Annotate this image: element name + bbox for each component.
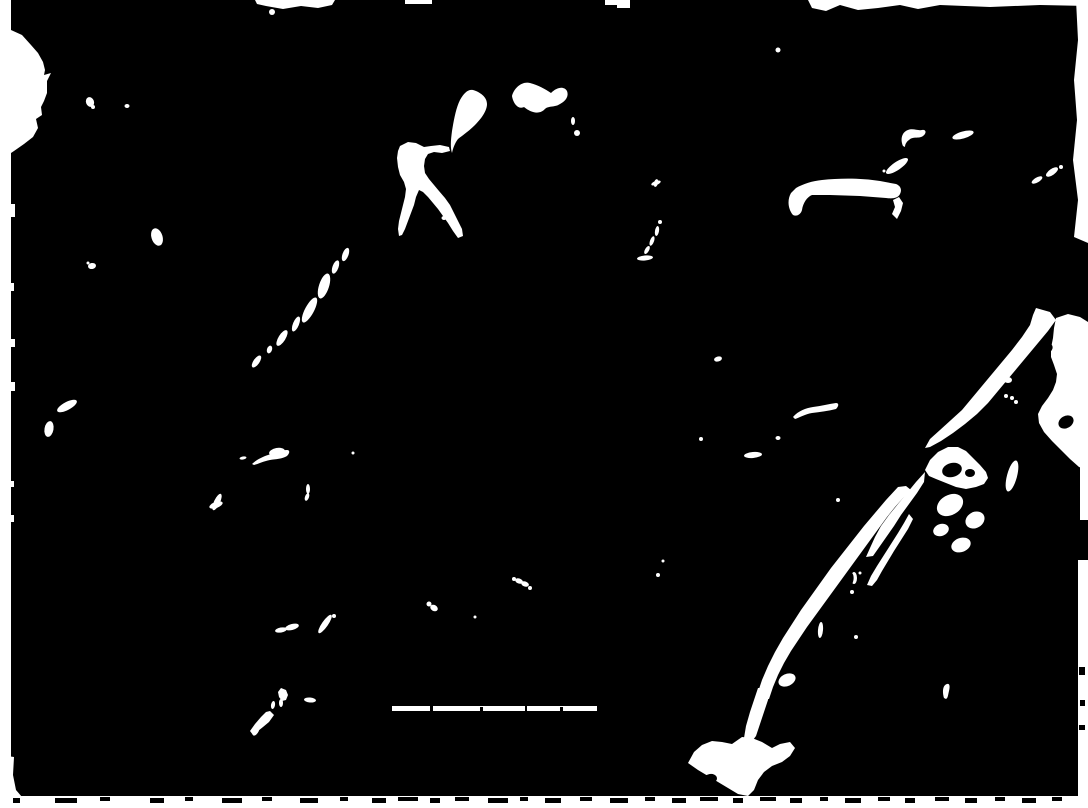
speck <box>571 117 575 125</box>
border-left-bump <box>11 283 14 291</box>
bottom-bar-tick <box>645 797 655 801</box>
speck <box>125 104 130 108</box>
image-background <box>0 0 1088 808</box>
bottom-bar-tick <box>610 798 628 803</box>
bottom-bar-tick <box>820 797 828 801</box>
speck <box>279 699 283 707</box>
border-top-bump <box>617 0 630 8</box>
speck <box>1010 396 1014 400</box>
bottom-bar-tick <box>790 798 802 803</box>
line-notch <box>430 706 433 711</box>
speck <box>656 573 660 577</box>
speck <box>662 560 665 563</box>
crescent-dot <box>658 220 662 224</box>
black-notch <box>1080 700 1085 706</box>
bottom-bar-tick <box>300 798 318 803</box>
speck <box>699 437 703 441</box>
bottom-bar-tick <box>760 797 776 801</box>
border-left-bump <box>11 382 15 391</box>
bottom-bar-tick <box>100 797 110 801</box>
speck <box>574 130 580 136</box>
bottom-bar-tick <box>1052 797 1062 801</box>
bottom-bar-tick <box>455 797 469 801</box>
bottom-bar-tick <box>185 797 193 801</box>
long-horizontal-line <box>392 706 597 711</box>
bottom-bar-tick <box>150 798 164 803</box>
bottom-bar-tick <box>995 797 1005 801</box>
black-hole <box>1025 364 1035 372</box>
border-top-bump <box>605 0 617 5</box>
speck <box>1059 165 1063 169</box>
border-left-bump <box>11 339 15 347</box>
bottom-bar-tick <box>340 797 348 801</box>
bottom-bar-tick <box>845 798 861 803</box>
border-left-bump <box>11 515 14 522</box>
bottom-bar-tick <box>733 798 743 803</box>
speck <box>442 216 447 220</box>
bottom-bar-tick <box>488 798 508 803</box>
speck <box>352 452 355 455</box>
border-top-strip <box>405 0 432 4</box>
bottom-bar-tick <box>878 797 890 801</box>
bottom-bar-tick <box>672 798 686 803</box>
black-notch <box>1079 725 1085 730</box>
bottom-bar-tick <box>372 798 386 803</box>
border-left-strip <box>0 0 11 808</box>
speck <box>850 590 854 594</box>
dash-mark <box>306 484 310 494</box>
bottom-bar-tick <box>965 798 977 803</box>
speck <box>1004 377 1012 383</box>
speck <box>87 262 90 265</box>
binary-image-svg <box>0 0 1088 808</box>
bottom-bar-tick <box>398 797 418 801</box>
border-left-bump <box>11 481 14 487</box>
black-notch <box>1079 667 1085 675</box>
border-right-strip-bottom <box>1078 560 1088 808</box>
bottom-bar-tick <box>905 798 915 803</box>
bottom-bar-tick <box>222 798 242 803</box>
speck <box>836 498 840 502</box>
screenshot-root <box>0 0 1088 808</box>
bottom-bar-tick <box>520 797 528 801</box>
line-notch <box>525 706 527 711</box>
speck <box>859 572 862 575</box>
bottom-bar-tick <box>262 797 272 801</box>
speck <box>883 170 886 173</box>
speck <box>269 9 275 15</box>
line-notch <box>480 707 483 711</box>
bottom-bar-tick <box>430 798 440 803</box>
black-hole <box>965 469 975 477</box>
bottom-bar-tick <box>55 798 77 803</box>
speck <box>528 586 532 590</box>
black-notch <box>13 798 20 803</box>
speck <box>1004 394 1008 398</box>
border-left-bump <box>11 204 15 217</box>
bottom-bar-tick <box>1022 798 1036 803</box>
speck <box>474 616 477 619</box>
line-notch <box>560 707 563 711</box>
speck <box>1014 400 1018 404</box>
speck <box>776 436 781 440</box>
bottom-bar-tick <box>545 798 561 803</box>
speck <box>776 48 781 53</box>
speck <box>91 105 95 109</box>
speck <box>854 635 858 639</box>
bottom-bar-tick <box>700 797 718 801</box>
bottom-bar-tick <box>935 797 949 801</box>
speck <box>332 614 336 618</box>
bottom-bar-tick <box>580 797 592 801</box>
